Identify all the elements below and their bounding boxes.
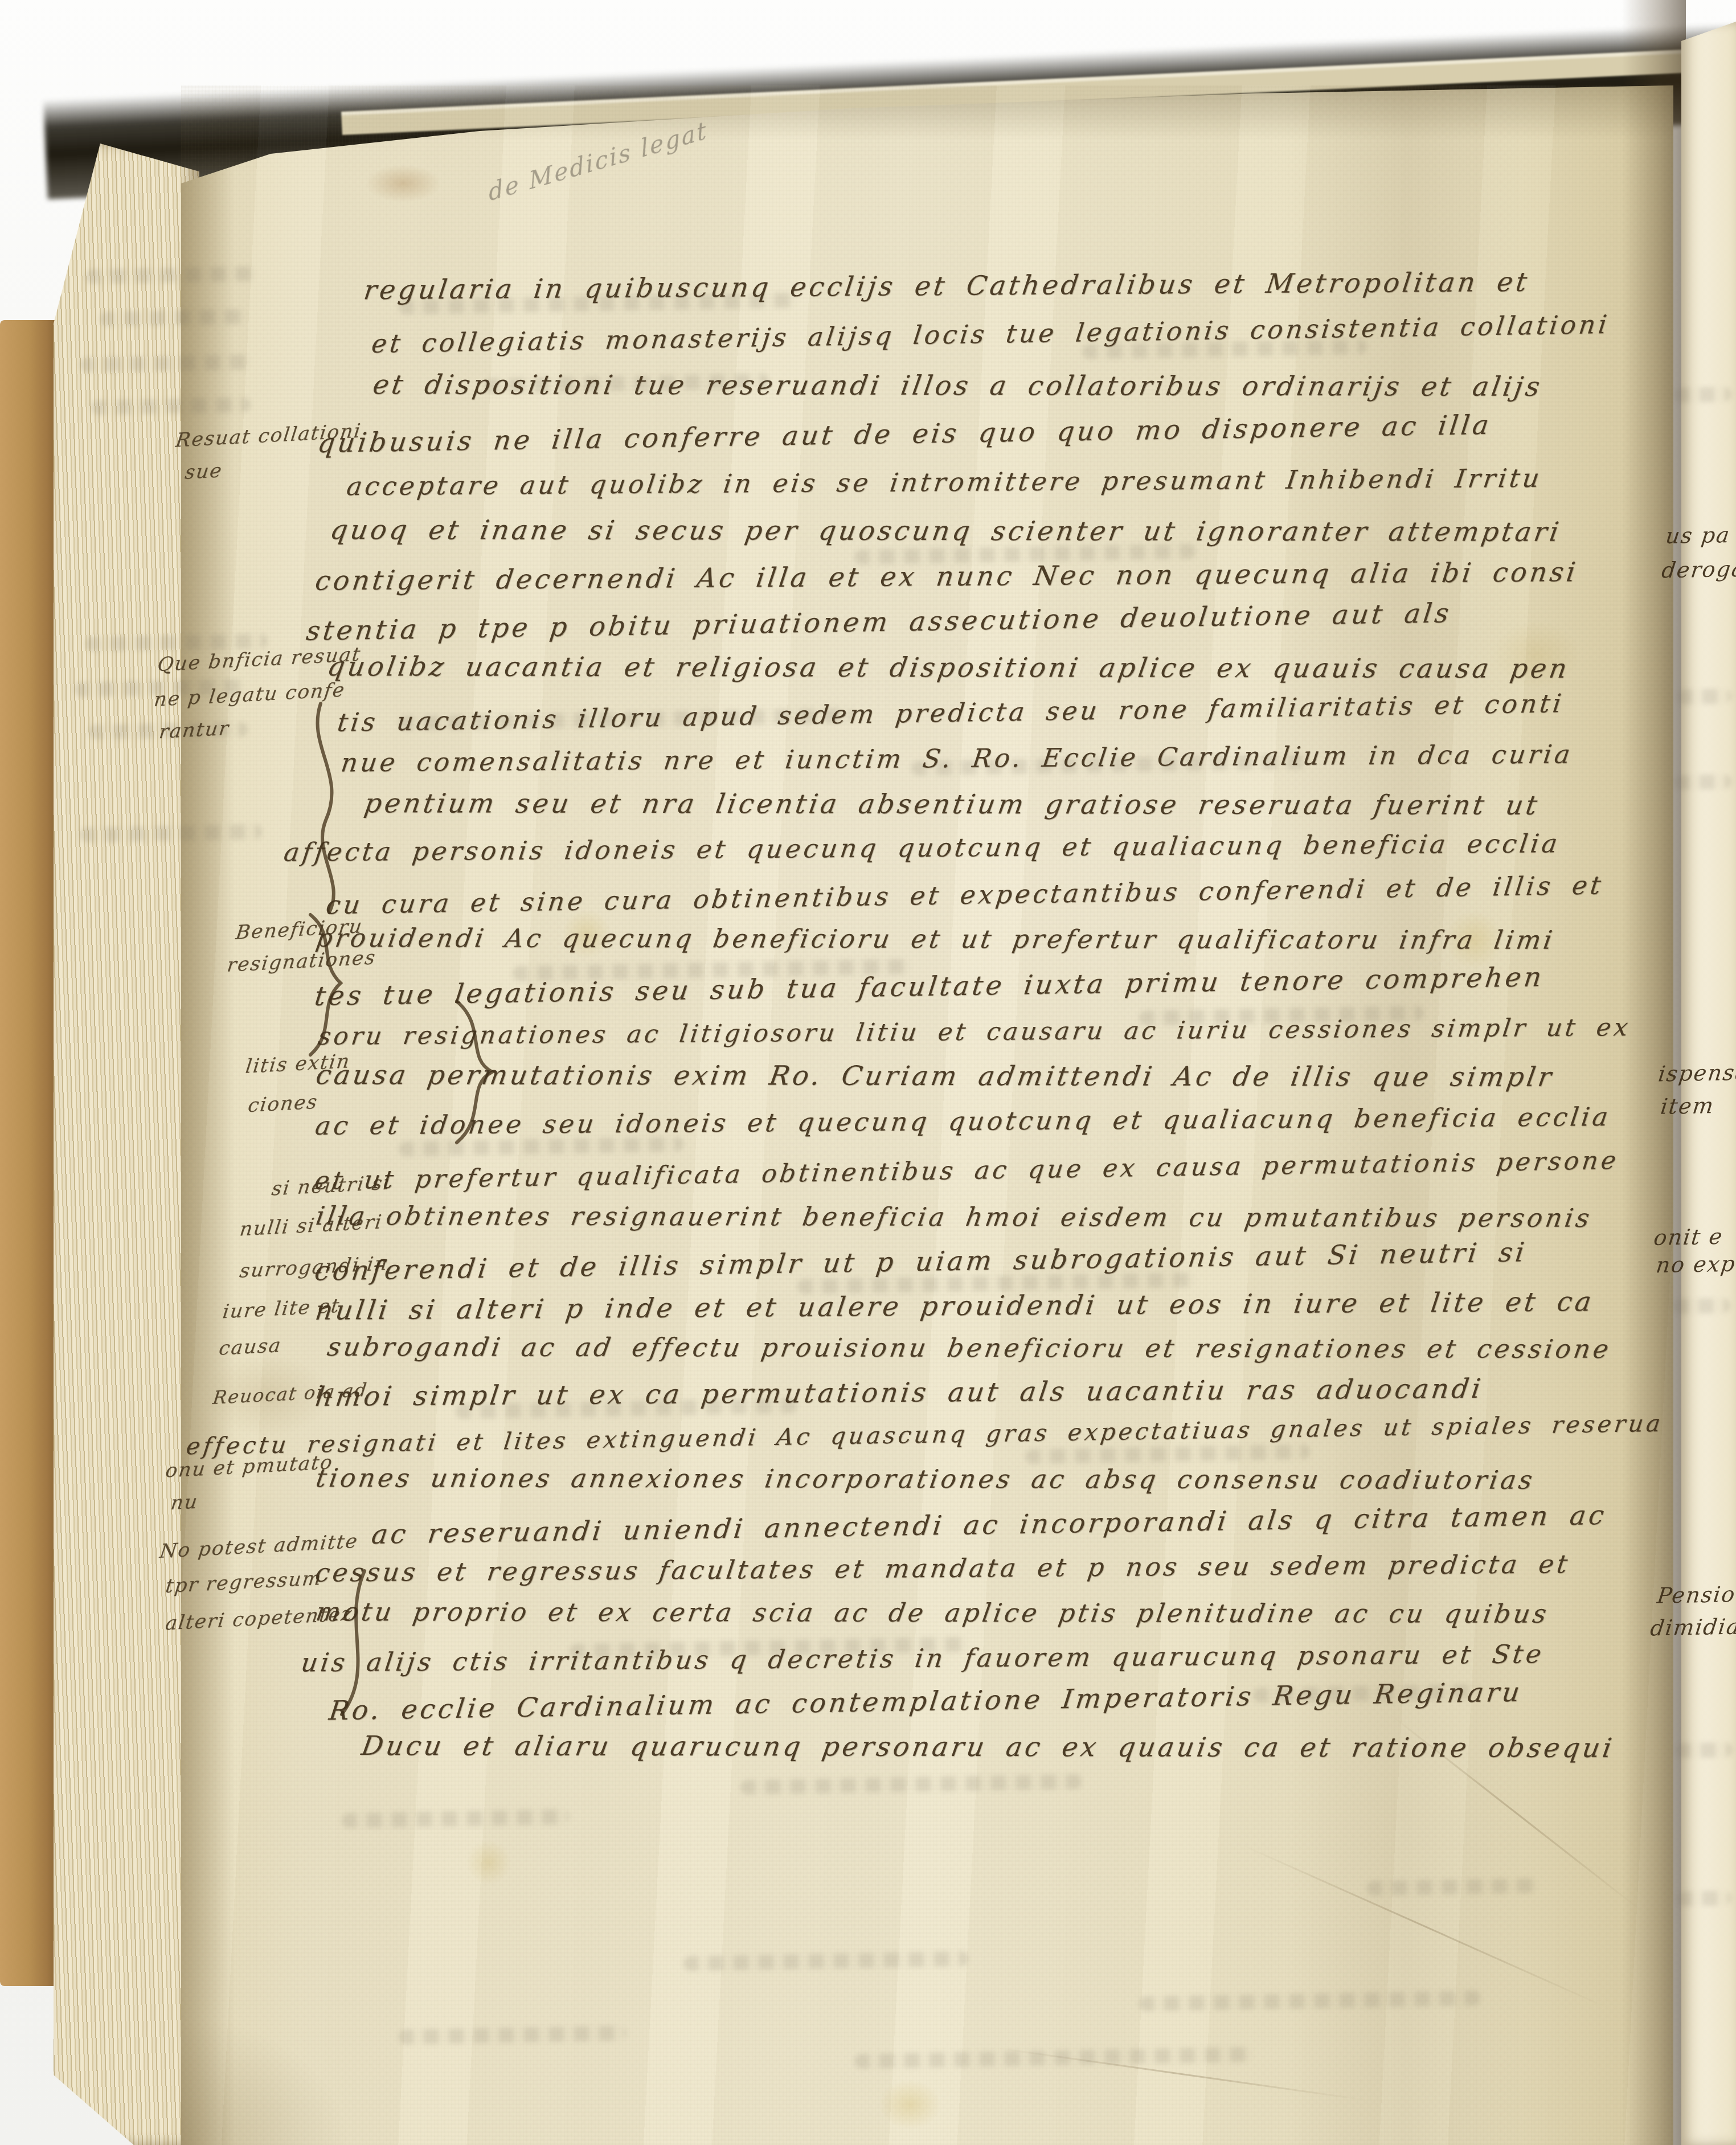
right-page-note: Pensio u [1656, 1581, 1736, 1608]
right-page-note: no exp [1655, 1251, 1736, 1278]
facing-page-notes: us paderogaispensaitemonit eno expPensio… [0, 0, 1736, 2145]
right-page-note: us pa [1664, 522, 1732, 548]
right-page-note: dimidia [1649, 1614, 1736, 1641]
right-page-note: onit e [1652, 1224, 1725, 1250]
right-page-note: deroga [1660, 556, 1736, 583]
scanned-manuscript-page: de Medicis legat Resuat collationisueQue… [0, 0, 1736, 2145]
right-page-note: item [1659, 1093, 1716, 1119]
right-page-note: ispensa [1657, 1060, 1736, 1087]
